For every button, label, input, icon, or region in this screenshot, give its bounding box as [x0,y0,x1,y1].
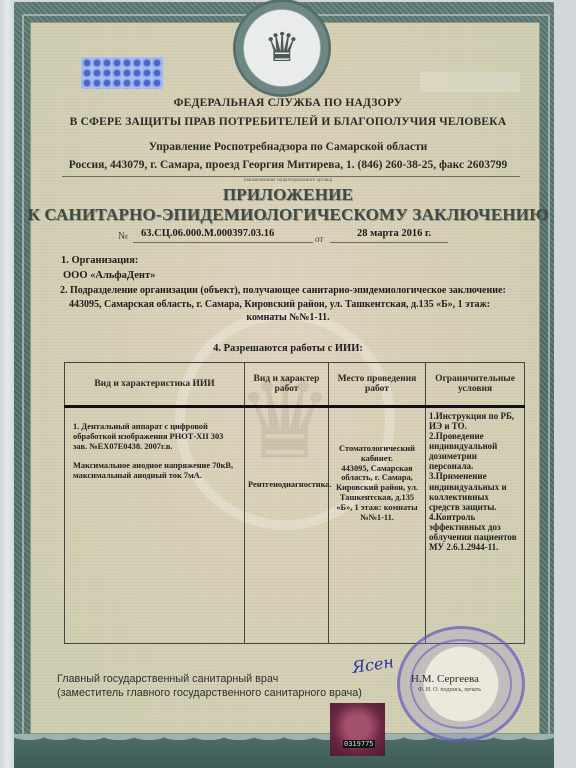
from-label: от [315,234,323,244]
signatory-name: Н.М. Сергеева [411,673,479,685]
double-headed-eagle-icon: ♛ [264,28,300,68]
department-address: Россия, 443079, г. Самара, проезд Георги… [0,159,576,171]
column-header-source: Вид и характеристика ИИИ [65,363,245,407]
header-caption: (наименование территориального органа) [0,178,576,183]
title-line-1: ПРИЛОЖЕНИЕ [0,185,576,205]
emblem-badge: ♛ [236,2,328,94]
security-holo-sticker-icon [81,57,163,89]
column-header-place: Место проведения работ [329,363,426,407]
date-underline [330,242,448,243]
organization-name: ООО «АльфаДент» [63,270,155,281]
radiation-sources-table: Вид и характеристика ИИИ Вид и характер … [64,362,525,644]
signatory-title: Главный государственный санитарный врач [57,673,278,685]
signatory-caption: Ф. И. О. подпись, печать [418,687,481,693]
paper-pattern-panel [420,72,520,92]
certificate-number: 63.СЦ.06.000.М.000397.03.16 [141,228,274,239]
signatory-title-deputy: (заместитель главного государственного с… [57,687,362,699]
header-rule [62,176,520,177]
number-prefix: № [118,231,128,242]
title-line-2: К САНИТАРНО-ЭПИДЕМИОЛОГИЧЕСКОМУ ЗАКЛЮЧЕН… [0,205,576,225]
number-underline [133,242,313,243]
department-name: Управление Роспотребнадзора по Самарской… [0,141,576,153]
section-1-label: 1. Организация: [61,255,138,266]
section-2-address: 443095, Самарская область, г. Самара, Ки… [69,299,490,310]
cell-place: Стоматологический кабинет. 443095, Самар… [329,407,426,644]
column-header-conditions: Ограничительные условия [426,363,525,407]
agency-line-1: ФЕДЕРАЛЬНАЯ СЛУЖБА ПО НАДЗОРУ [0,97,576,109]
cell-source: 1. Дентальный аппарат с цифровой обработ… [65,407,245,644]
section-4-label: 4. Разрешаются работы с ИИИ: [0,343,576,354]
section-2-rooms: комнаты №№1-11. [0,312,576,323]
cell-conditions: 1.Инструкция по РБ, ИЭ и ТО. 2.Проведени… [426,407,525,644]
section-2-label: 2. Подразделение организации (объект), п… [60,285,506,296]
certificate-date: 28 марта 2016 г. [357,228,431,239]
cell-work: Рентгенодиагностика. [245,407,329,644]
table-header-row: Вид и характеристика ИИИ Вид и характер … [65,363,525,407]
security-hologram-icon [330,703,385,756]
column-header-work: Вид и характер работ [245,363,329,407]
agency-line-2: В СФЕРЕ ЗАЩИТЫ ПРАВ ПОТРЕБИТЕЛЕЙ И БЛАГО… [0,116,576,128]
table-row: 1. Дентальный аппарат с цифровой обработ… [65,407,525,644]
hologram-number: 0319775 [343,740,375,748]
